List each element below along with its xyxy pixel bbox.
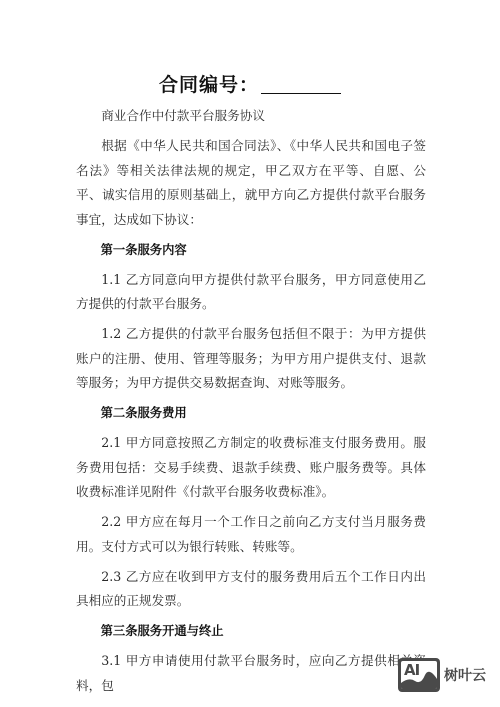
document-page: 合同编号： 商业合作中付款平台服务协议 根据《中华人民共和国合同法》、《中华人民… <box>0 0 500 707</box>
clause-1-1: 1.1 乙方同意向甲方提供付款平台服务，甲方同意使用乙方提供的付款平台服务。 <box>76 268 426 317</box>
document-body: 商业合作中付款平台服务协议 根据《中华人民共和国合同法》、《中华人民共和国电子签… <box>76 104 426 704</box>
section-heading-3: 第三条服务开通与终止 <box>76 619 426 644</box>
clause-3-1: 3.1 甲方申请使用付款平台服务时，应向乙方提供相关资料，包 <box>76 649 426 698</box>
clause-2-2: 2.2 甲方应在每月一个工作日之前向乙方支付当月服务费用。支付方式可以为银行转账… <box>76 510 426 559</box>
agreement-subtitle: 商业合作中付款平台服务协议 <box>76 104 426 129</box>
mountain-shape-icon <box>401 661 437 689</box>
contract-number-label: 合同编号： <box>159 74 259 96</box>
ai-image-icon: AI <box>398 658 440 692</box>
watermark-brand: 树叶云 <box>444 665 486 685</box>
watermark: AI 树叶云 <box>398 658 486 692</box>
clause-2-3: 2.3 乙方应在收到甲方支付的服务费用后五个工作日内出具相应的正规发票。 <box>76 565 426 614</box>
contract-number-blank <box>261 75 341 94</box>
intro-paragraph: 根据《中华人民共和国合同法》、《中华人民共和国电子签名法》等相关法律法规的规定，… <box>76 134 426 232</box>
clause-2-1: 2.1 甲方同意按照乙方制定的收费标准支付服务费用。服务费用包括：交易手续费、退… <box>76 431 426 505</box>
clause-1-2: 1.2 乙方提供的付款平台服务包括但不限于：为甲方提供账户的注册、使用、管理等服… <box>76 322 426 396</box>
section-heading-1: 第一条服务内容 <box>76 238 426 263</box>
section-heading-2: 第二条服务费用 <box>76 401 426 426</box>
contract-number-title: 合同编号： <box>0 70 500 97</box>
